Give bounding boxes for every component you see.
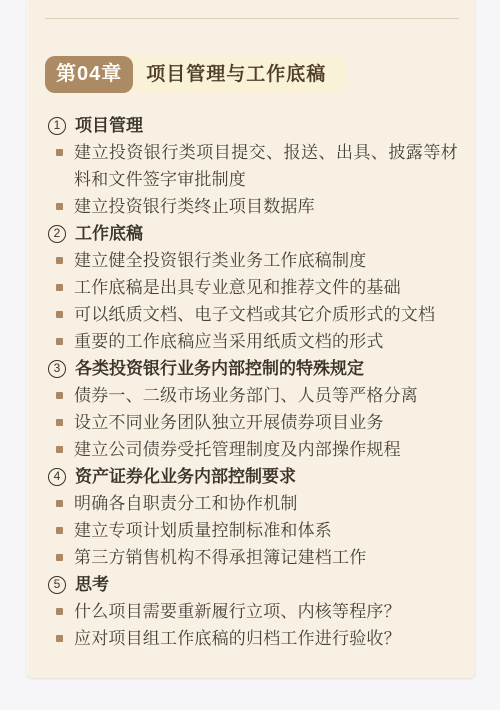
bullet-item: 建立投资银行类项目提交、报送、出具、披露等材料和文件签字审批制度 xyxy=(48,139,458,193)
bullet-text: 可以纸质文档、电子文档或其它介质形式的文档 xyxy=(74,301,458,328)
square-bullet-icon xyxy=(56,311,63,318)
circled-number-icon: 1 xyxy=(48,117,66,135)
square-bullet-icon xyxy=(56,284,63,291)
circled-number-icon: 3 xyxy=(48,360,66,378)
square-bullet-icon xyxy=(56,446,63,453)
section-heading-label: 资产证券化业务内部控制要求 xyxy=(75,463,296,490)
section-heading-label: 工作底稿 xyxy=(75,220,143,247)
section-heading: 5 思考 xyxy=(48,571,458,598)
bullet-text: 什么项目需要重新履行立项、内核等程序？ xyxy=(74,598,458,625)
bullet-item: 设立不同业务团队独立开展债券项目业务 xyxy=(48,409,458,436)
bullet-item: 建立健全投资银行类业务工作底稿制度 xyxy=(48,247,458,274)
square-bullet-icon xyxy=(56,554,63,561)
section-heading-label: 各类投资银行业务内部控制的特殊规定 xyxy=(75,355,364,382)
bullet-text: 应对项目组工作底稿的归档工作进行验收？ xyxy=(74,625,458,652)
square-bullet-icon xyxy=(56,203,63,210)
section-heading: 2 工作底稿 xyxy=(48,220,458,247)
bullet-item: 工作底稿是出具专业意见和推荐文件的基础 xyxy=(48,274,458,301)
bullet-item: 可以纸质文档、电子文档或其它介质形式的文档 xyxy=(48,301,458,328)
square-bullet-icon xyxy=(56,257,63,264)
bullet-item: 明确各自职责分工和协作机制 xyxy=(48,490,458,517)
bullet-text: 第三方销售机构不得承担簿记建档工作 xyxy=(74,544,458,571)
section-heading-label: 思考 xyxy=(75,571,109,598)
bullet-item: 重要的工作底稿应当采用纸质文档的形式 xyxy=(48,328,458,355)
section-heading: 1 项目管理 xyxy=(48,112,458,139)
circled-number-icon: 5 xyxy=(48,576,66,594)
bullet-item: 建立专项计划质量控制标准和体系 xyxy=(48,517,458,544)
bullet-item: 第三方销售机构不得承担簿记建档工作 xyxy=(48,544,458,571)
square-bullet-icon xyxy=(56,149,63,156)
outline-list: 1 项目管理 建立投资银行类项目提交、报送、出具、披露等材料和文件签字审批制度 … xyxy=(48,112,458,652)
bullet-text: 建立健全投资银行类业务工作底稿制度 xyxy=(74,247,458,274)
bullet-item: 什么项目需要重新履行立项、内核等程序？ xyxy=(48,598,458,625)
bullet-item: 应对项目组工作底稿的归档工作进行验收？ xyxy=(48,625,458,652)
bullet-text: 建立公司债券受托管理制度及内部操作规程 xyxy=(74,436,458,463)
circled-number-icon: 2 xyxy=(48,225,66,243)
circled-number-icon: 4 xyxy=(48,468,66,486)
top-divider xyxy=(45,18,459,19)
bullet-text: 工作底稿是出具专业意见和推荐文件的基础 xyxy=(74,274,458,301)
bullet-text: 建立投资银行类项目提交、报送、出具、披露等材料和文件签字审批制度 xyxy=(74,139,458,193)
chapter-badge: 第04章 xyxy=(45,56,133,93)
bullet-item: 建立投资银行类终止项目数据库 xyxy=(48,193,458,220)
chapter-header: 第04章 项目管理与工作底稿 xyxy=(45,56,346,93)
bullet-text: 建立专项计划质量控制标准和体系 xyxy=(74,517,458,544)
bullet-text: 债券一、二级市场业务部门、人员等严格分离 xyxy=(74,382,458,409)
square-bullet-icon xyxy=(56,527,63,534)
bullet-item: 债券一、二级市场业务部门、人员等严格分离 xyxy=(48,382,458,409)
square-bullet-icon xyxy=(56,500,63,507)
page: 第04章 项目管理与工作底稿 1 项目管理 建立投资银行类项目提交、报送、出具、… xyxy=(0,0,500,710)
section-heading: 3 各类投资银行业务内部控制的特殊规定 xyxy=(48,355,458,382)
bullet-text: 建立投资银行类终止项目数据库 xyxy=(74,193,458,220)
section-heading: 4 资产证券化业务内部控制要求 xyxy=(48,463,458,490)
square-bullet-icon xyxy=(56,419,63,426)
bullet-text: 重要的工作底稿应当采用纸质文档的形式 xyxy=(74,328,458,355)
section-heading-label: 项目管理 xyxy=(75,112,143,139)
square-bullet-icon xyxy=(56,635,63,642)
bullet-item: 建立公司债券受托管理制度及内部操作规程 xyxy=(48,436,458,463)
content-card: 第04章 项目管理与工作底稿 1 项目管理 建立投资银行类项目提交、报送、出具、… xyxy=(27,0,475,678)
bullet-text: 设立不同业务团队独立开展债券项目业务 xyxy=(74,409,458,436)
chapter-title: 项目管理与工作底稿 xyxy=(125,56,346,93)
bullet-text: 明确各自职责分工和协作机制 xyxy=(74,490,458,517)
square-bullet-icon xyxy=(56,338,63,345)
square-bullet-icon xyxy=(56,392,63,399)
square-bullet-icon xyxy=(56,608,63,615)
